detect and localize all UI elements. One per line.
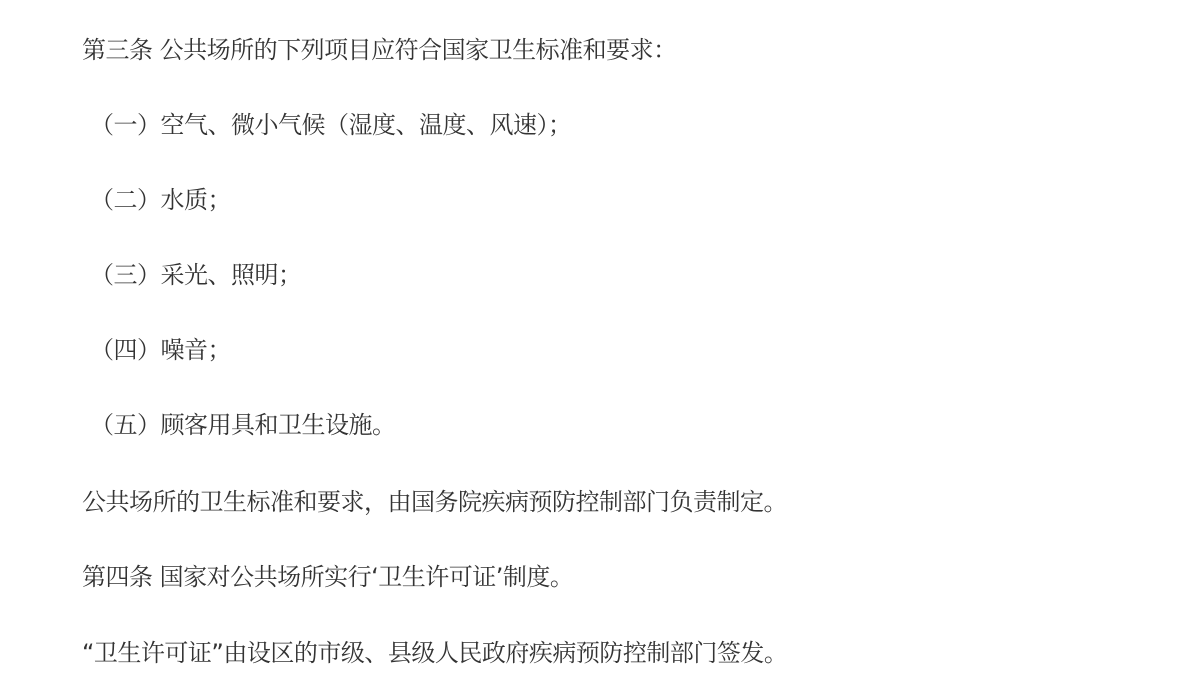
article-3-heading: 第三条 公共场所的下列项目应符合国家卫生标准和要求： xyxy=(82,35,677,65)
article-3-item-1: （一）空气、微小气候（湿度、温度、风速）； xyxy=(90,110,572,140)
article-4-heading: 第四条 国家对公共场所实行‘卫生许可证’制度。 xyxy=(82,562,573,592)
article-3-item-2: （二）水质； xyxy=(90,185,231,215)
article-3-item-5: （五）顾客用具和卫生设施。 xyxy=(90,410,396,440)
article-3-item-4: （四）噪音； xyxy=(90,335,231,365)
article-3-item-3: （三）采光、照明； xyxy=(90,260,302,290)
article-4-note: “卫生许可证”由设区的市级、县级人民政府疾病预防控制部门签发。 xyxy=(82,638,787,668)
article-3-note: 公共场所的卫生标准和要求，由国务院疾病预防控制部门负责制定。 xyxy=(82,487,787,517)
